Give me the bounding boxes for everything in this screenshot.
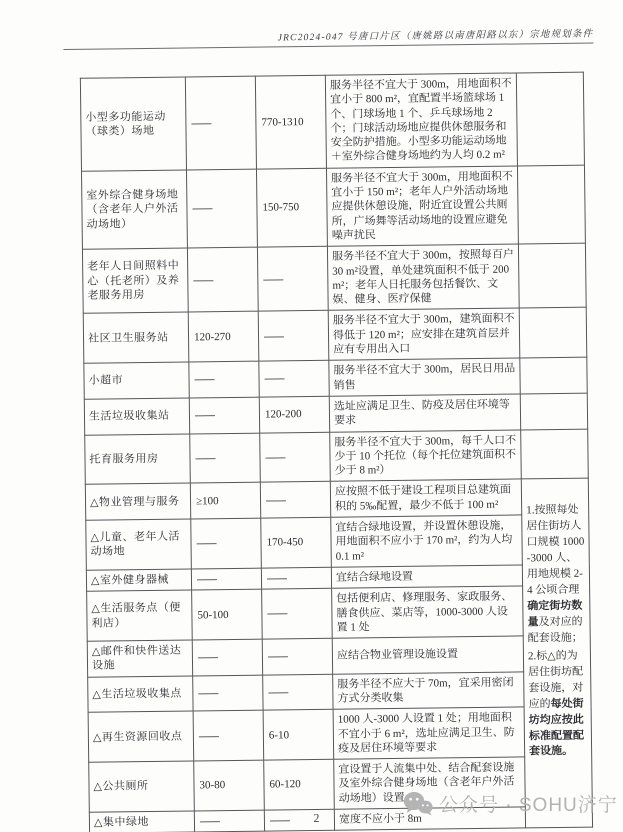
building-area-cell (190, 433, 261, 484)
facility-name-cell: △再生资源回收点 (88, 711, 194, 762)
remark-cell-empty (516, 72, 584, 166)
building-area-cell: 30-80 (194, 760, 265, 811)
dash-placeholder (197, 543, 217, 544)
remark-cell-empty (517, 165, 585, 244)
requirement-cell: 宜结合绿地设置，并设置休憩设施，用地面积不应小于 170 m²，约为人均 0.1… (331, 515, 523, 567)
land-area-cell: 6-10 (263, 710, 334, 761)
remark-cell-empty (520, 357, 587, 393)
requirement-cell: 1000 人-3000 人设置 1 处；用地面积不宜小于 6 m²，选址应满足卫… (333, 707, 525, 759)
requirement-cell: 服务半径不宜大于 300m，按照每百户 30 m²设置，单处建筑面积不低于 20… (327, 244, 519, 311)
table-row: △邮件和快件送达设施应结合物业管理设施设置 (87, 635, 590, 677)
land-area-cell (259, 361, 329, 397)
building-area-cell (193, 675, 263, 711)
table-row: 托育服务用房服务半径不宜大于 300m，每千人口不少于 10 个托位（每个托位建… (85, 429, 589, 485)
building-area-cell (189, 397, 259, 433)
land-area-cell (262, 588, 333, 639)
requirement-cell: 服务半径不宜大于 300m，居民日用品销售 (329, 358, 520, 396)
dash-placeholder (268, 692, 288, 693)
remark-paragraph: 2.标△的为居住街坊配套设施，对应的每处街坊均应按此标准配置配套设施。 (528, 649, 587, 761)
building-area-cell (193, 710, 264, 761)
building-area-cell (192, 639, 262, 675)
requirement-cell: 选址应满足卫生、防疫及居住环境等要求 (329, 394, 520, 432)
building-area-cell (191, 518, 262, 569)
building-area-cell: 50-100 (192, 589, 263, 640)
requirement-cell: 服务半径不宜大于 300m，每千人口不少于 10 个托位（每个托位建筑面积不少于… (330, 429, 522, 481)
requirement-cell: 应结合物业管理设施设置 (332, 636, 523, 674)
remark-cell-empty (521, 429, 589, 480)
watermark: 公众号 · SOHU济宁 (403, 790, 618, 817)
requirement-cell: 应按照不低于建设工程项目总建筑面积的 5‰配置，最少不低于 100 m² (330, 479, 521, 517)
land-area-cell (260, 432, 331, 483)
dash-placeholder (197, 579, 217, 580)
facility-name-cell: △生活垃圾收集点 (88, 676, 193, 713)
land-area-cell: 170-450 (261, 517, 332, 568)
table-row: 社区卫生服务站120-270服务半径不宜大于 300m，建筑面积不得低于 120… (83, 308, 587, 364)
land-area-cell (257, 247, 328, 312)
dash-placeholder (199, 736, 219, 737)
land-area-cell: 770-1310 (255, 75, 326, 169)
building-area-cell: 120-270 (188, 312, 259, 363)
dash-placeholder (264, 336, 284, 337)
land-area-cell (262, 638, 332, 674)
facilities-table: 小型多功能运动（球类）场地770-1310服务半径不宜大于 300m，用地面积不… (80, 72, 593, 832)
remarks-cell: 1.按照每处居住街坊人口规模 1000-3000 人、用地规模 2-4 公顷合理… (521, 479, 592, 829)
facility-name-cell: 托育服务用房 (85, 434, 191, 485)
building-area-cell (191, 568, 261, 590)
dash-placeholder (195, 380, 215, 381)
facility-name-cell: △室外健身器械 (86, 569, 191, 592)
table-row: △儿童、老年人活动场地170-450宜结合绿地设置，并设置休憩设施，用地面积不应… (86, 514, 590, 570)
table-row: 小超市服务半径不宜大于 300m，居民日用品销售 (84, 357, 587, 399)
dash-placeholder (193, 280, 213, 281)
dash-placeholder (267, 578, 287, 579)
dash-placeholder (192, 209, 212, 210)
table-row: △生活垃圾收集点服务半径不应大于 70m，宜采用密闭方式分类收集 (88, 671, 591, 713)
land-area-cell (263, 674, 333, 710)
requirement-cell: 宜结合绿地设置 (331, 565, 522, 589)
table-row: 老年人日间照料中心（托老所）及养老服务用房服务半径不宜大于 300m，按照每百户… (82, 243, 586, 313)
facility-name-cell: 老年人日间照料中心（托老所）及养老服务用房 (82, 248, 188, 313)
document-header-title: JRC2024-047 号唐口片区（唐姚路以南唐阳路以东）宗地规划条件 (278, 26, 594, 44)
dash-placeholder (268, 657, 288, 658)
table-row: △再生资源回收点6-101000 人-3000 人设置 1 处；用地面积不宜小于… (88, 706, 592, 762)
table-row: 室外综合健身场地（含老年人户外活动场地）150-750服务半径不宜大于 300m… (81, 165, 585, 250)
requirement-cell: 服务半径不宜大于 300m，建筑面积不得低于 120 m²；应安排在建筑首层并应… (328, 308, 520, 360)
remark-cell-empty (519, 308, 587, 359)
building-area-cell (187, 247, 258, 312)
scanned-content: JRC2024-047 号唐口片区（唐姚路以南唐阳路以东）宗地规划条件 小型多功… (0, 0, 623, 832)
remark-paragraph: 1.按照每处居住街坊人口规模 1000-3000 人、用地规模 2-4 公顷合理… (526, 503, 586, 647)
watermark-text: 公众号 · SOHU济宁 (439, 790, 618, 817)
header-rule (63, 43, 593, 50)
dash-placeholder (263, 279, 283, 280)
document-page: JRC2024-047 号唐口片区（唐姚路以南唐阳路以东）宗地规划条件 小型多功… (0, 0, 623, 832)
requirement-cell: 服务半径不宜大于 300m，用地面积不宜小于 150 m²；老年人户外活动场地应… (326, 166, 518, 247)
facility-name-cell: △公共厕所 (89, 761, 195, 812)
land-area-cell: 150-750 (256, 168, 327, 247)
dash-placeholder (265, 379, 285, 380)
facility-name-cell: △物业管理与服务 (85, 483, 190, 520)
wechat-icon (403, 791, 433, 816)
land-area-cell: 120-200 (259, 396, 329, 432)
facility-name-cell: 小超市 (84, 362, 189, 399)
dash-placeholder (267, 614, 287, 615)
land-area-cell (260, 482, 330, 518)
requirement-cell: 服务半径不宜大于 300m，用地面积不宜小于 800 m²，宜配置半场篮球场 1… (325, 73, 517, 168)
requirement-cell: 服务半径不应大于 70m，宜采用密闭方式分类收集 (333, 672, 524, 710)
dash-placeholder (195, 415, 215, 416)
table-row: 小型多功能运动（球类）场地770-1310服务半径不宜大于 300m，用地面积不… (80, 72, 584, 171)
dash-placeholder (191, 123, 211, 124)
facility-name-cell: △儿童、老年人活动场地 (86, 519, 192, 570)
facility-name-cell: 室外综合健身场地（含老年人户外活动场地） (81, 170, 187, 250)
building-area-cell: ≥100 (190, 483, 260, 519)
building-area-cell (186, 169, 257, 248)
facility-name-cell: △生活服务点（便利店） (87, 590, 193, 641)
land-area-cell (258, 311, 329, 362)
land-area-cell: 60-120 (264, 759, 335, 810)
dash-placeholder (266, 457, 286, 458)
dash-placeholder (266, 500, 286, 501)
dash-placeholder (196, 458, 216, 459)
facility-name-cell: 生活垃圾收集站 (84, 398, 189, 435)
table-row: △物业管理与服务≥100应按照不低于建设工程项目总建筑面积的 5‰配置，最少不低… (85, 479, 588, 521)
facility-name-cell: 小型多功能运动（球类）场地 (80, 77, 186, 171)
remark-text: 1.按照每处居住街坊人口规模 1000-3000 人、用地规模 2-4 公顷合理 (526, 504, 584, 596)
land-area-cell (261, 567, 331, 589)
dash-placeholder (198, 657, 218, 658)
table-row: 生活垃圾收集站120-200选址应满足卫生、防疫及居住环境等要求 (84, 393, 587, 435)
building-area-cell (189, 361, 259, 397)
dash-placeholder (198, 693, 218, 694)
building-area-cell (185, 76, 256, 170)
requirement-cell: 包括便利店、修理服务、家政服务、膳食供应、菜店等，1000-3000 人设置 1… (332, 586, 524, 638)
table-row: △生活服务点（便利店）50-100包括便利店、修理服务、家政服务、膳食供应、菜店… (87, 585, 591, 641)
remark-cell-empty (518, 243, 586, 308)
facility-name-cell: 社区卫生服务站 (83, 312, 189, 363)
remark-cell-empty (520, 393, 587, 429)
facility-name-cell: △邮件和快件送达设施 (87, 640, 192, 677)
